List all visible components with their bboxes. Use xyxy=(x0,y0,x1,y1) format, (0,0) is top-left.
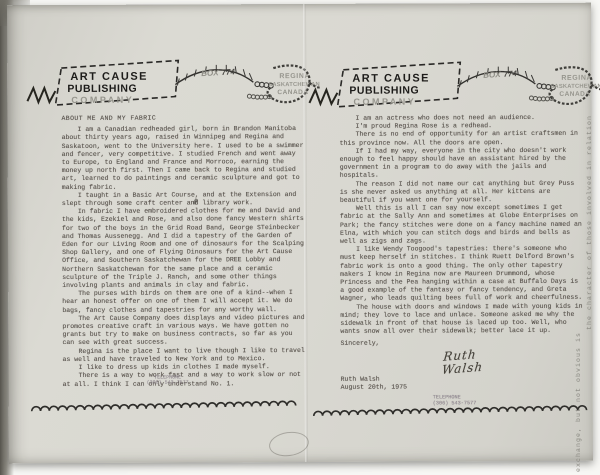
paragraph: If I had my way, everyone in the city wh… xyxy=(340,147,584,181)
edge-text-line-2: the character of those involved in relat… xyxy=(586,115,593,330)
right-page-column: I am an actress who does not need an aud… xyxy=(339,114,584,407)
edge-text-line-1: exchange, but not obvious is xyxy=(575,332,582,472)
letterhead-right xyxy=(307,56,600,117)
closing: Sincerely, xyxy=(340,339,584,348)
date-line: August 20th, 1975 xyxy=(341,383,585,392)
letter-paper: ART CAUSE PUBLISHING COMPANY BOX774 xyxy=(7,3,593,464)
paragraph: I taught in a Basic Art Course, and at t… xyxy=(62,191,306,208)
squiggle-divider-left xyxy=(29,399,301,416)
squiggle-divider-right xyxy=(311,404,589,421)
left-page-column: ABOUT ME AND MY FABRIC I am a Canadian r… xyxy=(61,114,306,389)
scanned-document: ART CAUSE PUBLISHING COMPANY BOX774 xyxy=(0,0,600,475)
paragraph: In fabric I have embroidered clothes for… xyxy=(62,207,306,290)
paragraph: The house with doors and windows I made … xyxy=(340,302,584,336)
paragraph: Regina is the place I want to live thoug… xyxy=(62,347,306,364)
paragraph: The reason I did not name our cat anythi… xyxy=(340,179,584,205)
paragraph: The purses with birds on them are one of… xyxy=(62,289,306,315)
paragraph: I like Wendy Toogood's tapestries: there… xyxy=(340,245,584,303)
page-heading: ABOUT ME AND MY FABRIC xyxy=(61,114,305,123)
paragraph: I am a Canadian redheaded girl, born in … xyxy=(62,125,306,192)
letterhead-left xyxy=(25,54,323,115)
signature: Ruth Walsh xyxy=(441,345,513,376)
inline-telephone-note: TELEPHONE (306) 543-7577 xyxy=(147,375,189,385)
paragraph: Well this is all I can say now except so… xyxy=(340,204,584,246)
closing-block: Sincerely, Ruth Walsh Ruth Walsh August … xyxy=(340,339,584,407)
paragraph: There is no end of opportunity for an ar… xyxy=(340,130,584,147)
paragraph: The Art Cause Company does displays and … xyxy=(62,314,306,348)
telephone-number: (306) 543-7577 xyxy=(147,380,189,385)
